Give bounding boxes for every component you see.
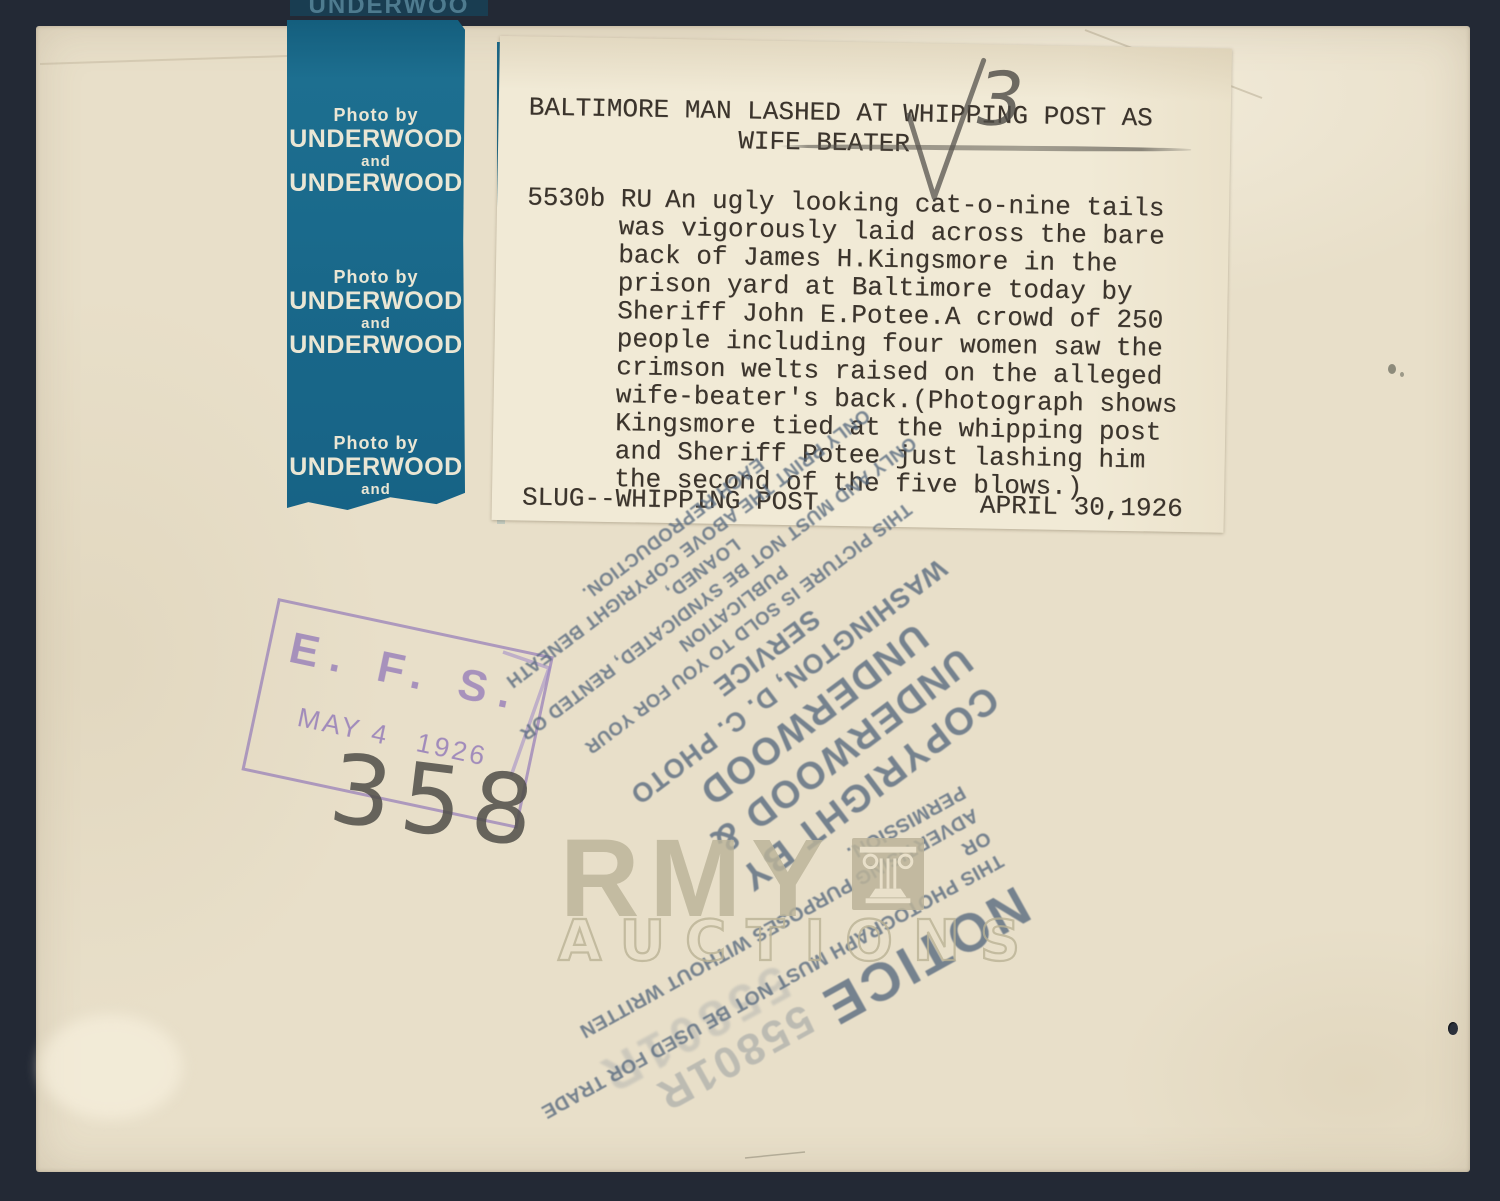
label-underwood: UNDERWOOD bbox=[287, 126, 465, 153]
paper-speck bbox=[1388, 364, 1396, 374]
paper-speck bbox=[1400, 372, 1404, 377]
label-underwood: UNDERWOOD bbox=[287, 454, 465, 481]
label-and: and bbox=[287, 315, 465, 332]
caption-headline-line2: WIFE BEATER bbox=[738, 126, 910, 159]
photo-verso-scan: UNDERWOO Photo by UNDERWOOD and UNDERWOO… bbox=[0, 0, 1500, 1201]
column-icon-glyph bbox=[852, 838, 924, 910]
watermark-subtext: AUCTIONS bbox=[558, 909, 1040, 974]
caption-date: APRIL 30,1926 bbox=[980, 490, 1183, 524]
label-block-1: Photo by UNDERWOOD and UNDERWOOD bbox=[287, 104, 465, 197]
label-cut-top-strip: UNDERWOO bbox=[290, 0, 488, 16]
label-photo-by: Photo by bbox=[287, 104, 465, 126]
underwood-label: Photo by UNDERWOOD and UNDERWOOD Photo b… bbox=[287, 20, 465, 510]
label-block-3: Photo by UNDERWOOD and bbox=[287, 432, 465, 498]
label-photo-by: Photo by bbox=[287, 266, 465, 288]
label-underwood: UNDERWOOD bbox=[287, 170, 465, 197]
pencil-number: 3 bbox=[976, 56, 1025, 143]
pin-hole bbox=[1448, 1022, 1458, 1035]
label-block-2: Photo by UNDERWOOD and UNDERWOOD bbox=[287, 266, 465, 359]
paper-stain bbox=[40, 1015, 182, 1119]
label-underwood: UNDERWOOD bbox=[287, 332, 465, 359]
label-underwood: UNDERWOOD bbox=[287, 288, 465, 315]
label-photo-by: Photo by bbox=[287, 432, 465, 454]
label-partial-text: UNDERWOO bbox=[309, 0, 470, 16]
label-and: and bbox=[287, 153, 465, 170]
label-and: and bbox=[287, 481, 465, 498]
pencil-checkmark: 3 bbox=[889, 45, 1047, 228]
column-icon bbox=[852, 838, 924, 910]
watermark-subtext-outline: AUCTIONS bbox=[556, 904, 1056, 980]
